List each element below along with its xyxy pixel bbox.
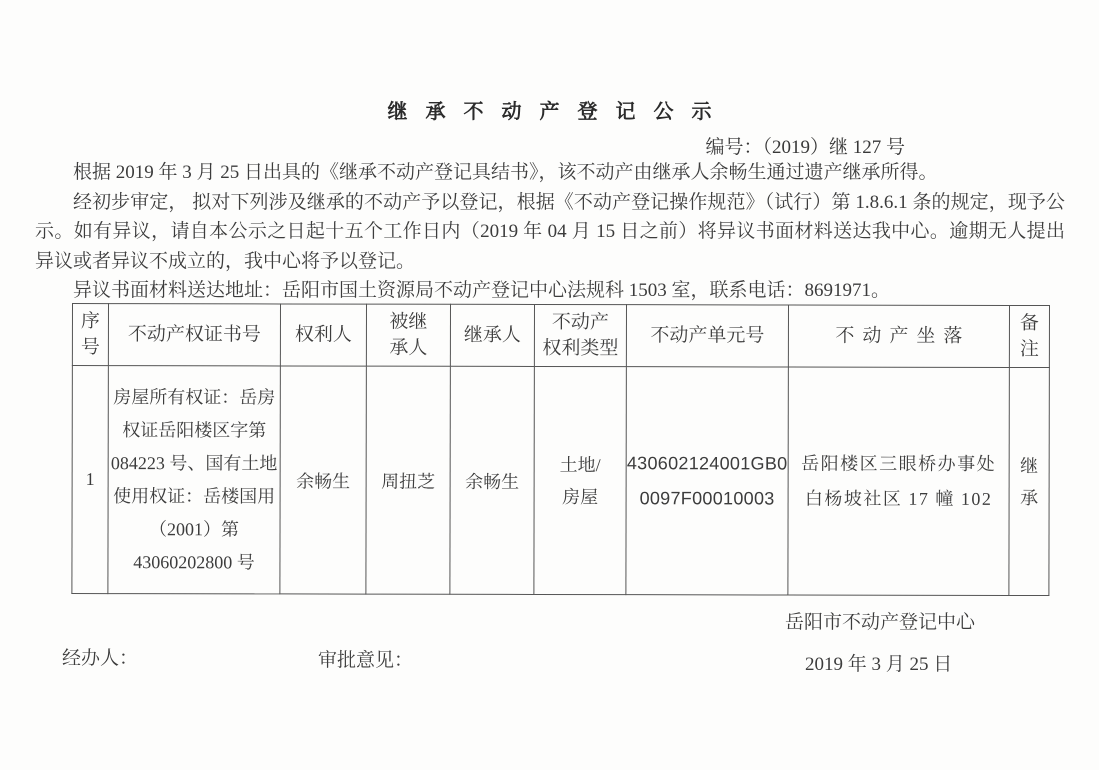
- cell-right-type: 土地/ 房屋: [534, 366, 626, 594]
- column-header-certificate-no: 不动产权证书号: [108, 304, 280, 366]
- cell-heir: 余畅生: [450, 366, 534, 594]
- scanned-document-page: 继承不动产登记公示 编号：（2019）继 127 号 根据 2019 年 3 月…: [0, 0, 1099, 770]
- document-title: 继承不动产登记公示: [0, 95, 1099, 124]
- issuing-organization: 岳阳市不动产登记中心: [785, 607, 975, 634]
- issue-date: 2019 年 3 月 25 日: [805, 649, 952, 676]
- body-paragraphs: 根据 2019 年 3 月 25 日出具的《继承不动产登记具结书》，该不动产由继…: [35, 158, 1065, 306]
- handler-label: 经办人：: [62, 643, 138, 670]
- cell-remark: 继 承: [1009, 367, 1049, 595]
- column-header-heir: 继承人: [450, 304, 534, 366]
- column-header-right-type: 不动产 权利类型: [534, 304, 626, 366]
- column-header-unit-no: 不动产单元号: [626, 305, 788, 367]
- paragraph-contact: 异议书面材料送达地址：岳阳市国土资源局不动产登记中心法规科 1503 室，联系电…: [35, 276, 1065, 306]
- cell-right-holder: 余畅生: [280, 366, 366, 594]
- column-header-decedent: 被继 承人: [366, 304, 450, 366]
- column-header-location: 不动产坐落: [788, 305, 1009, 367]
- cell-unit-no: 430602124001GB0 0097F00010003: [626, 367, 788, 595]
- cell-certificate-no: 房屋所有权证：岳房 权证岳阳楼区字第 084223 号、国有土地 使用权证：岳楼…: [108, 366, 280, 594]
- column-header-seq: 序 号: [72, 304, 108, 366]
- document-number: 编号：（2019）继 127 号: [705, 132, 905, 159]
- cell-location: 岳阳楼区三眼桥办事处 白杨坡社区 17 幢 102: [788, 367, 1009, 595]
- cell-seq: 1: [72, 366, 108, 594]
- cell-decedent: 周扭芝: [366, 366, 450, 594]
- table-row: 1 房屋所有权证：岳房 权证岳阳楼区字第 084223 号、国有土地 使用权证：…: [72, 366, 1049, 596]
- table-header-row: 序 号 不动产权证书号 权利人 被继 承人 继承人 不动产 权利类型 不动产单元…: [72, 304, 1049, 368]
- paragraph-notice: 经初步审定， 拟对下列涉及继承的不动产予以登记，根据《不动产登记操作规范》（试行…: [35, 188, 1065, 277]
- column-header-remark: 备 注: [1009, 305, 1049, 367]
- registration-table: 序 号 不动产权证书号 权利人 被继 承人 继承人 不动产 权利类型 不动产单元…: [71, 303, 1050, 596]
- column-header-right-holder: 权利人: [280, 304, 366, 366]
- paragraph-basis: 根据 2019 年 3 月 25 日出具的《继承不动产登记具结书》，该不动产由继…: [35, 158, 1065, 188]
- approval-opinion-label: 审批意见：: [318, 645, 413, 672]
